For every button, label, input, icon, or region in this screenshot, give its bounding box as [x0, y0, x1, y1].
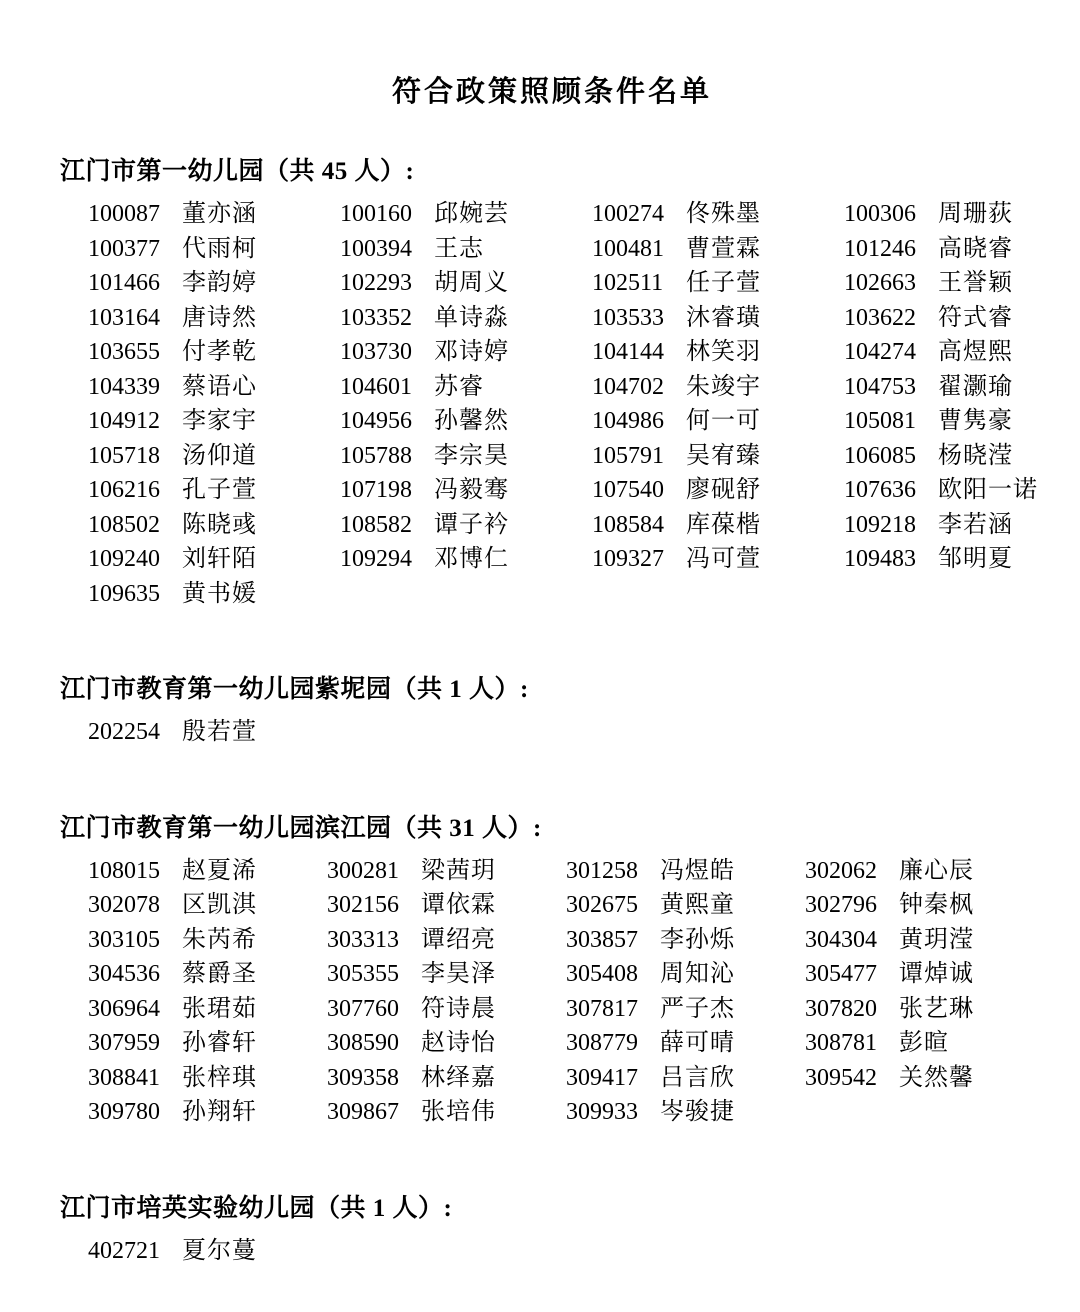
roster-entry: 305477谭焯诚 — [805, 957, 1044, 992]
student-id: 300281 — [327, 854, 421, 889]
student-name: 朱芮希 — [182, 923, 257, 958]
roster-entry: 106216孔子萱 — [88, 473, 340, 508]
student-id: 100087 — [88, 197, 182, 232]
student-name: 王誉颖 — [938, 266, 1013, 301]
student-id: 102511 — [592, 266, 686, 301]
roster-entry: 309867张培伟 — [327, 1095, 566, 1130]
roster-entry: 307820张艺琳 — [805, 992, 1044, 1027]
roster-entry: 302078区凯淇 — [88, 888, 327, 923]
roster-entry: 104339蔡语心 — [88, 370, 340, 405]
student-name: 符式睿 — [938, 301, 1013, 336]
kindergarten-section: 江门市教育第一幼儿园紫坭园（共 1 人）:202254殷若萱 — [60, 673, 1044, 750]
student-name: 李宗昊 — [434, 439, 509, 474]
student-id: 302675 — [566, 888, 660, 923]
roster-entry: 102663王誉颖 — [844, 266, 1080, 301]
roster-entry: 108502陈晓彧 — [88, 508, 340, 543]
roster-grid: 202254殷若萱 — [88, 715, 1044, 750]
roster-entry: 105788李宗昊 — [340, 439, 592, 474]
student-name: 夏尔蔓 — [182, 1234, 257, 1269]
roster-entry: 108582谭子衿 — [340, 508, 592, 543]
roster-entry: 303857李孙烁 — [566, 923, 805, 958]
roster-entry: 104986何一可 — [592, 404, 844, 439]
roster-entry: 105718汤仰道 — [88, 439, 340, 474]
student-name: 邓诗婷 — [434, 335, 509, 370]
student-id: 303105 — [88, 923, 182, 958]
student-id: 109635 — [88, 577, 182, 612]
roster-entry: 304536蔡爵圣 — [88, 957, 327, 992]
student-id: 103164 — [88, 301, 182, 336]
student-id: 105081 — [844, 404, 938, 439]
roster-entry: 109483邹明夏 — [844, 542, 1080, 577]
student-id: 305477 — [805, 957, 899, 992]
student-name: 胡周义 — [434, 266, 509, 301]
student-name: 吴宥臻 — [686, 439, 761, 474]
roster-entry: 104601苏睿 — [340, 370, 592, 405]
roster-entry: 303105朱芮希 — [88, 923, 327, 958]
roster-entry: 402721夏尔蔓 — [88, 1234, 340, 1269]
student-name: 廖砚舒 — [686, 473, 761, 508]
roster-entry: 306964张珺茹 — [88, 992, 327, 1027]
student-name: 冯毅骞 — [434, 473, 509, 508]
roster-entry: 302156谭依霖 — [327, 888, 566, 923]
student-name: 董亦涵 — [182, 197, 257, 232]
roster-entry: 100377代雨柯 — [88, 232, 340, 267]
student-id: 104339 — [88, 370, 182, 405]
student-id: 304536 — [88, 957, 182, 992]
student-name: 薛可晴 — [660, 1026, 735, 1061]
student-id: 106085 — [844, 439, 938, 474]
roster-entry: 105791吴宥臻 — [592, 439, 844, 474]
student-name: 唐诗然 — [182, 301, 257, 336]
roster-entry: 307959孙睿轩 — [88, 1026, 327, 1061]
student-id: 307817 — [566, 992, 660, 1027]
student-name: 殷若萱 — [182, 715, 257, 750]
roster-entry: 305408周知沁 — [566, 957, 805, 992]
student-id: 104702 — [592, 370, 686, 405]
roster-entry: 103730邓诗婷 — [340, 335, 592, 370]
roster-entry: 308590赵诗怡 — [327, 1026, 566, 1061]
student-name: 沐睿璜 — [686, 301, 761, 336]
student-name: 张培伟 — [421, 1095, 496, 1130]
roster-entry: 108584库葆楷 — [592, 508, 844, 543]
roster-entry: 309933岑骏捷 — [566, 1095, 805, 1130]
student-name: 李孙烁 — [660, 923, 735, 958]
student-id: 309358 — [327, 1061, 421, 1096]
roster-entry: 309542关然馨 — [805, 1061, 1044, 1096]
student-id: 108584 — [592, 508, 686, 543]
student-id: 309867 — [327, 1095, 421, 1130]
student-id: 107198 — [340, 473, 434, 508]
roster-entry: 108015赵夏浠 — [88, 854, 327, 889]
student-id: 106216 — [88, 473, 182, 508]
student-id: 103533 — [592, 301, 686, 336]
student-name: 林绎嘉 — [421, 1061, 496, 1096]
student-id: 308779 — [566, 1026, 660, 1061]
student-id: 108582 — [340, 508, 434, 543]
student-name: 符诗晨 — [421, 992, 496, 1027]
student-id: 100274 — [592, 197, 686, 232]
sections-container: 江门市第一幼儿园（共 45 人）:100087董亦涵100160邱婉芸10027… — [60, 155, 1044, 1268]
student-id: 103655 — [88, 335, 182, 370]
document-page: 符合政策照顾条件名单 江门市第一幼儿园（共 45 人）:100087董亦涵100… — [0, 74, 1080, 1268]
student-name: 邹明夏 — [938, 542, 1013, 577]
roster-grid: 402721夏尔蔓 — [88, 1234, 1044, 1269]
roster-entry: 307817严子杰 — [566, 992, 805, 1027]
student-id: 309933 — [566, 1095, 660, 1130]
roster-entry: 103164唐诗然 — [88, 301, 340, 336]
student-id: 302156 — [327, 888, 421, 923]
roster-entry: 109294邓博仁 — [340, 542, 592, 577]
roster-entry: 104144林笑羽 — [592, 335, 844, 370]
student-id: 402721 — [88, 1234, 182, 1269]
student-id: 109294 — [340, 542, 434, 577]
student-id: 104753 — [844, 370, 938, 405]
student-name: 孙睿轩 — [182, 1026, 257, 1061]
student-name: 邱婉芸 — [434, 197, 509, 232]
student-name: 吕言欣 — [660, 1061, 735, 1096]
student-name: 高煜熙 — [938, 335, 1013, 370]
roster-entry: 101466李韵婷 — [88, 266, 340, 301]
student-name: 周知沁 — [660, 957, 735, 992]
roster-entry: 308841张梓琪 — [88, 1061, 327, 1096]
student-id: 105788 — [340, 439, 434, 474]
kindergarten-section: 江门市培英实验幼儿园（共 1 人）:402721夏尔蔓 — [60, 1192, 1044, 1269]
roster-entry: 301258冯煜皓 — [566, 854, 805, 889]
roster-entry: 308781彭暄 — [805, 1026, 1044, 1061]
student-name: 谭子衿 — [434, 508, 509, 543]
student-id: 102663 — [844, 266, 938, 301]
student-name: 关然馨 — [899, 1061, 974, 1096]
student-name: 欧阳一诺 — [938, 473, 1038, 508]
student-id: 302078 — [88, 888, 182, 923]
student-name: 张珺茹 — [182, 992, 257, 1027]
roster-entry: 202254殷若萱 — [88, 715, 340, 750]
kindergarten-section: 江门市第一幼儿园（共 45 人）:100087董亦涵100160邱婉芸10027… — [60, 155, 1044, 611]
student-id: 101246 — [844, 232, 938, 267]
student-id: 307959 — [88, 1026, 182, 1061]
student-id: 107540 — [592, 473, 686, 508]
student-id: 303313 — [327, 923, 421, 958]
roster-entry: 302675黄熙童 — [566, 888, 805, 923]
student-name: 曹隽豪 — [938, 404, 1013, 439]
roster-entry: 107636欧阳一诺 — [844, 473, 1080, 508]
roster-entry: 102293胡周义 — [340, 266, 592, 301]
student-name: 梁茜玥 — [421, 854, 496, 889]
student-name: 谭依霖 — [421, 888, 496, 923]
student-name: 张艺琳 — [899, 992, 974, 1027]
student-id: 103730 — [340, 335, 434, 370]
roster-entry: 309358林绎嘉 — [327, 1061, 566, 1096]
roster-entry: 105081曹隽豪 — [844, 404, 1080, 439]
student-name: 赵夏浠 — [182, 854, 257, 889]
roster-entry: 305355李昊泽 — [327, 957, 566, 992]
roster-entry: 109218李若涵 — [844, 508, 1080, 543]
student-id: 100481 — [592, 232, 686, 267]
student-name: 孔子萱 — [182, 473, 257, 508]
student-name: 蔡爵圣 — [182, 957, 257, 992]
roster-entry: 102511任子萱 — [592, 266, 844, 301]
student-id: 308781 — [805, 1026, 899, 1061]
student-id: 105718 — [88, 439, 182, 474]
student-id: 100377 — [88, 232, 182, 267]
student-id: 305408 — [566, 957, 660, 992]
roster-entry: 100394王志 — [340, 232, 592, 267]
student-id: 109483 — [844, 542, 938, 577]
roster-entry: 109327冯可萱 — [592, 542, 844, 577]
student-name: 彭暄 — [899, 1026, 949, 1061]
roster-entry: 104912李家宇 — [88, 404, 340, 439]
student-name: 谭绍亮 — [421, 923, 496, 958]
student-id: 202254 — [88, 715, 182, 750]
student-name: 李韵婷 — [182, 266, 257, 301]
student-name: 周珊荻 — [938, 197, 1013, 232]
student-name: 黄书媛 — [182, 577, 257, 612]
student-name: 林笑羽 — [686, 335, 761, 370]
student-id: 104144 — [592, 335, 686, 370]
roster-entry: 308779薛可晴 — [566, 1026, 805, 1061]
roster-entry: 104274高煜熙 — [844, 335, 1080, 370]
student-id: 109240 — [88, 542, 182, 577]
student-id: 104986 — [592, 404, 686, 439]
student-id: 302062 — [805, 854, 899, 889]
student-id: 104956 — [340, 404, 434, 439]
student-name: 邓博仁 — [434, 542, 509, 577]
student-id: 305355 — [327, 957, 421, 992]
roster-entry: 109240刘轩陌 — [88, 542, 340, 577]
student-name: 王志 — [434, 232, 484, 267]
student-id: 104601 — [340, 370, 434, 405]
roster-entry: 103352单诗淼 — [340, 301, 592, 336]
student-id: 309780 — [88, 1095, 182, 1130]
roster-entry: 100087董亦涵 — [88, 197, 340, 232]
student-name: 任子萱 — [686, 266, 761, 301]
roster-entry: 100306周珊荻 — [844, 197, 1080, 232]
student-name: 张梓琪 — [182, 1061, 257, 1096]
student-name: 谭焯诚 — [899, 957, 974, 992]
student-name: 曹萱霖 — [686, 232, 761, 267]
student-id: 100160 — [340, 197, 434, 232]
roster-entry: 307760符诗晨 — [327, 992, 566, 1027]
roster-entry: 107540廖砚舒 — [592, 473, 844, 508]
student-name: 汤仰道 — [182, 439, 257, 474]
student-name: 刘轩陌 — [182, 542, 257, 577]
student-name: 高晓睿 — [938, 232, 1013, 267]
roster-entry: 103533沐睿璜 — [592, 301, 844, 336]
section-header: 江门市培英实验幼儿园（共 1 人）: — [60, 1192, 1044, 1226]
student-name: 代雨柯 — [182, 232, 257, 267]
roster-entry: 101246高晓睿 — [844, 232, 1080, 267]
section-header: 江门市教育第一幼儿园滨江园（共 31 人）: — [60, 812, 1044, 846]
student-name: 区凯淇 — [182, 888, 257, 923]
student-name: 严子杰 — [660, 992, 735, 1027]
student-name: 孙翔轩 — [182, 1095, 257, 1130]
student-id: 309542 — [805, 1061, 899, 1096]
student-name: 黄熙童 — [660, 888, 735, 923]
roster-entry: 100481曹萱霖 — [592, 232, 844, 267]
roster-entry: 300281梁茜玥 — [327, 854, 566, 889]
student-name: 冯煜皓 — [660, 854, 735, 889]
roster-entry: 309780孙翔轩 — [88, 1095, 327, 1130]
student-id: 304304 — [805, 923, 899, 958]
student-name: 岑骏捷 — [660, 1095, 735, 1130]
student-name: 孙馨然 — [434, 404, 509, 439]
student-id: 100394 — [340, 232, 434, 267]
student-id: 309417 — [566, 1061, 660, 1096]
roster-entry: 109635黄书媛 — [88, 577, 340, 612]
student-name: 苏睿 — [434, 370, 484, 405]
student-id: 107636 — [844, 473, 938, 508]
student-id: 308841 — [88, 1061, 182, 1096]
student-name: 钟秦枫 — [899, 888, 974, 923]
student-name: 廉心辰 — [899, 854, 974, 889]
student-name: 李若涵 — [938, 508, 1013, 543]
section-header: 江门市教育第一幼儿园紫坭园（共 1 人）: — [60, 673, 1044, 707]
roster-entry: 103622符式睿 — [844, 301, 1080, 336]
student-id: 109218 — [844, 508, 938, 543]
student-name: 李家宇 — [182, 404, 257, 439]
student-id: 102293 — [340, 266, 434, 301]
student-name: 蔡语心 — [182, 370, 257, 405]
kindergarten-section: 江门市教育第一幼儿园滨江园（共 31 人）:108015赵夏浠300281梁茜玥… — [60, 812, 1044, 1130]
student-name: 单诗淼 — [434, 301, 509, 336]
student-name: 朱竣宇 — [686, 370, 761, 405]
student-id: 303857 — [566, 923, 660, 958]
roster-entry: 107198冯毅骞 — [340, 473, 592, 508]
student-name: 赵诗怡 — [421, 1026, 496, 1061]
student-id: 308590 — [327, 1026, 421, 1061]
student-id: 307760 — [327, 992, 421, 1027]
roster-entry: 302796钟秦枫 — [805, 888, 1044, 923]
student-name: 付孝乾 — [182, 335, 257, 370]
student-id: 105791 — [592, 439, 686, 474]
student-id: 108502 — [88, 508, 182, 543]
student-id: 301258 — [566, 854, 660, 889]
student-id: 104912 — [88, 404, 182, 439]
roster-grid: 100087董亦涵100160邱婉芸100274佟殊墨100306周珊荻1003… — [88, 197, 1044, 611]
student-id: 103352 — [340, 301, 434, 336]
student-id: 100306 — [844, 197, 938, 232]
roster-entry: 104753翟灏瑜 — [844, 370, 1080, 405]
student-id: 306964 — [88, 992, 182, 1027]
roster-entry: 100160邱婉芸 — [340, 197, 592, 232]
student-id: 302796 — [805, 888, 899, 923]
student-name: 黄玥滢 — [899, 923, 974, 958]
student-name: 杨晓滢 — [938, 439, 1013, 474]
roster-entry: 106085杨晓滢 — [844, 439, 1080, 474]
student-id: 101466 — [88, 266, 182, 301]
student-id: 103622 — [844, 301, 938, 336]
roster-entry: 100274佟殊墨 — [592, 197, 844, 232]
roster-entry: 302062廉心辰 — [805, 854, 1044, 889]
page-title: 符合政策照顾条件名单 — [60, 74, 1044, 110]
roster-entry: 104702朱竣宇 — [592, 370, 844, 405]
student-id: 109327 — [592, 542, 686, 577]
roster-entry: 304304黄玥滢 — [805, 923, 1044, 958]
student-name: 冯可萱 — [686, 542, 761, 577]
roster-entry: 104956孙馨然 — [340, 404, 592, 439]
student-id: 307820 — [805, 992, 899, 1027]
roster-grid: 108015赵夏浠300281梁茜玥301258冯煜皓302062廉心辰3020… — [88, 854, 1044, 1130]
section-header: 江门市第一幼儿园（共 45 人）: — [60, 155, 1044, 189]
student-id: 108015 — [88, 854, 182, 889]
roster-entry: 309417吕言欣 — [566, 1061, 805, 1096]
student-name: 何一可 — [686, 404, 761, 439]
student-name: 佟殊墨 — [686, 197, 761, 232]
student-name: 库葆楷 — [686, 508, 761, 543]
roster-entry: 103655付孝乾 — [88, 335, 340, 370]
student-id: 104274 — [844, 335, 938, 370]
student-name: 陈晓彧 — [182, 508, 257, 543]
student-name: 李昊泽 — [421, 957, 496, 992]
roster-entry: 303313谭绍亮 — [327, 923, 566, 958]
student-name: 翟灏瑜 — [938, 370, 1013, 405]
